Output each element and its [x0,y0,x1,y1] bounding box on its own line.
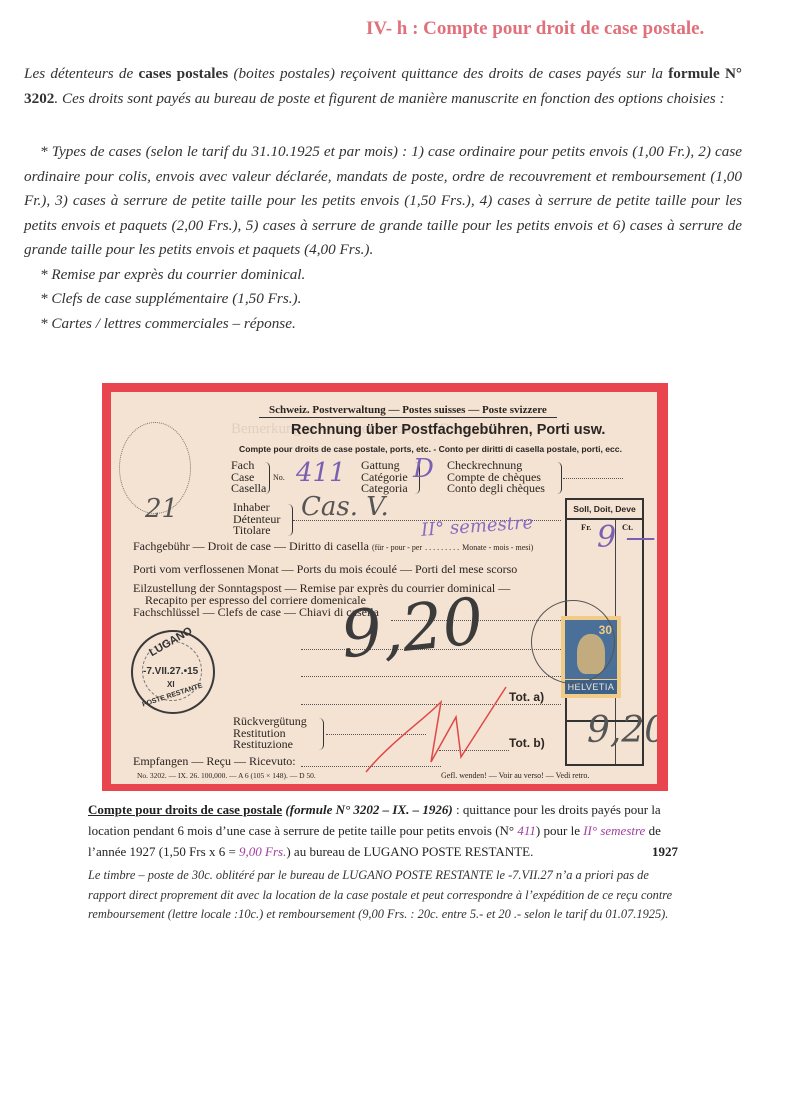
handwritten-box-number: 411 [296,458,346,488]
handwritten-fee: 9 — [597,520,656,555]
dotted-line [301,766,441,767]
form-imprint: No. 3202. — IX. 26. 100,000. — A 6 (105 … [137,771,316,780]
card-header-subtitle: Compte pour droits de case postale, port… [239,444,622,454]
inhaber-labels: InhaberDétenteurTitolare [233,502,280,537]
intro-text-1: Les détenteurs de [24,65,139,82]
total-b-label: Tot. b) [509,736,545,750]
card-caption: Compte pour droits de case postale (form… [88,799,678,862]
handwritten-total-b: 9,20 [587,710,657,751]
brace [319,718,324,750]
page-title: IV- h : Compte pour droit de case postal… [366,18,704,40]
rueck-labels: RückvergütungRestitutionRestituzione [233,716,307,751]
caption-title: Compte pour droits de case postale [88,802,282,817]
amount-due-header: Soll, Doit, Deve [567,500,642,520]
francs-label: Fr. [581,522,591,532]
red-signature [361,682,511,782]
option-item: * Types de cases (selon le tarif du 31.1… [24,140,742,263]
row-fachgebuehr: Fachgebühr — Droit de case — Diritto di … [133,539,533,554]
gattung-labels: GattungCatégorieCategoria [361,460,408,495]
check-labels: CheckrechnungCompte de chèquesConto degl… [447,460,545,495]
brace [265,462,270,494]
fach-labels: FachCaseCasella [231,460,266,495]
caption-box-number: 411 [517,823,536,838]
lugano-postmark: LUGANO -7.VII.27.•15 XI POSTE RESTANTE [131,630,215,714]
row-empfangen: Empfangen — Reçu — Ricevuto: [133,754,296,769]
option-item: * Clefs de case supplémentaire (1,50 Frs… [24,287,742,312]
postal-form-card: Bemerkungen — Observations — Osservazion… [111,392,657,784]
caption-semester: II° semestre [583,823,645,838]
stamp-cancel-circle [531,600,615,684]
card-header-title: Rechnung über Postfachgebühren, Porti us… [291,422,605,438]
brace [557,462,562,494]
postmark-date: -7.VII.27.•15 [143,666,198,677]
dotted-line [563,478,623,479]
stamp-note: Le timbre – poste de 30c. oblitéré par l… [88,866,676,925]
dotted-line [301,676,561,677]
turn-over-note: Gefl. wenden! — Voir au verso! — Vedi re… [441,771,589,780]
handwritten-total: 9,20 [338,585,487,673]
no-label: No. [273,472,285,484]
intro-paragraph: Les détenteurs de cases postales (boites… [24,62,742,111]
card-header-admin: Schweiz. Postverwaltung — Postes suisses… [259,404,557,418]
options-list: * Types de cases (selon le tarif du 31.1… [24,140,742,336]
total-a-label: Tot. a) [509,690,544,704]
option-item: * Remise par exprès du courrier dominica… [24,263,742,288]
caption-form-ref: (formule N° 3202 – IX. – 1926) [285,802,452,817]
handwritten-semester: II° semestre [420,512,533,541]
caption-year: 1927 [652,841,678,862]
handwritten-holder-name: Cas. V. [301,492,389,522]
row-porti: Porti vom verflossenen Monat — Ports du … [133,562,517,577]
caption-amount: 9,00 Frs. [239,844,286,859]
handwritten-holder-number: 21 [145,494,178,524]
handwritten-category: D [413,454,434,484]
option-item: * Cartes / lettres commerciales – répons… [24,312,742,337]
intro-bold-cases: cases postales [139,65,229,82]
intro-text-3: . Ces droits sont payés au bureau de pos… [54,90,724,107]
postmark-code: XI [167,680,175,689]
intro-text-2: (boites postales) reçoivent quittance de… [228,65,668,82]
